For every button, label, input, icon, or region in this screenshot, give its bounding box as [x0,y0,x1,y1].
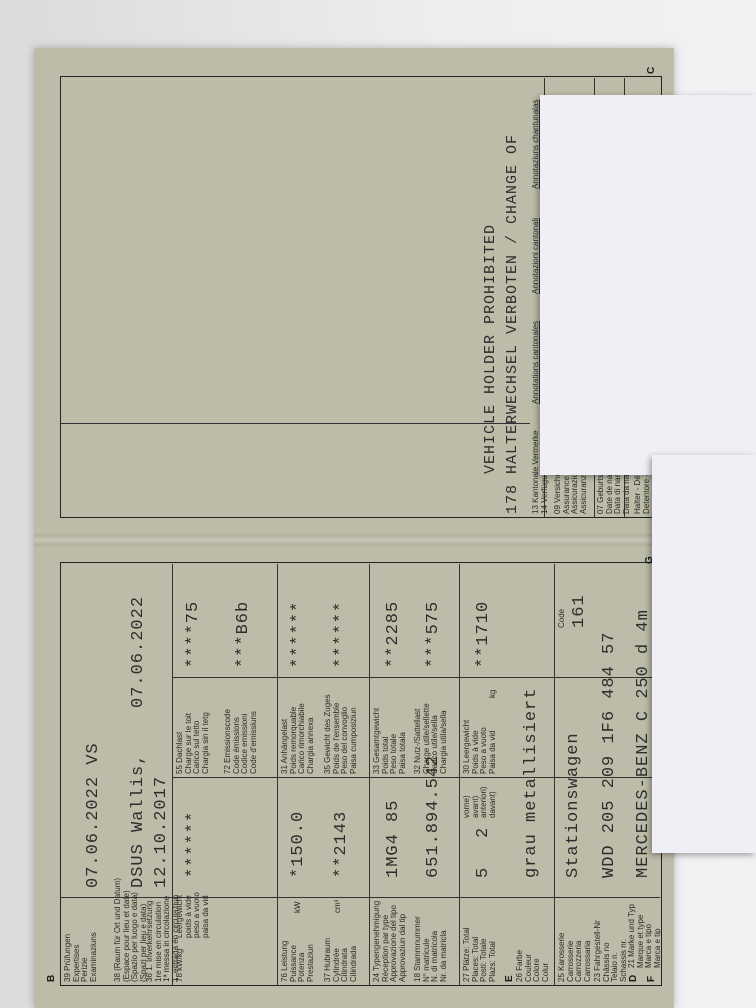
seats-front-label: vorne) avant) anteriori) davant) [463,786,497,818]
section-letter-d: D [628,975,639,982]
first-registration-value: 12.10.2017 [152,776,171,888]
cover-sheet-bottom [652,455,756,853]
type-approval-value: 1MG4 85 [384,800,403,878]
seats-total-value: 5 [474,867,493,878]
emission-code-value: ***B6b [234,601,253,668]
payload-value: ***575 [424,601,443,668]
train-weight-label: 35 Gewicht des Zuges Poids de l'ensemble… [324,694,358,774]
page-vehicle-data: B G F 39 Prüfungen Expertises Perizie Ex… [34,542,674,1008]
section-letter-c: C [646,67,657,74]
power-value: *150.0 [289,811,308,878]
exam-label: 39 Prüfungen Expertises Perizie Examinaz… [64,932,98,982]
annotation-line-1: 178 HALTERWECHSEL VERBOTEN / CHANGE OF [504,134,521,514]
gross-weight-value: **2285 [384,601,403,668]
kwkg-label: 78 kW/kg [176,949,185,982]
power-label: 76 Leistung Puissance Potenza Prestaziun [281,941,315,982]
place-date-label: 38 (Raum für Ort und Datum) (Espace pour… [114,878,148,982]
power-unit: kW [294,901,303,913]
weight-unit: kg [489,690,498,698]
exam-value: 07.06.2022 VS [84,742,103,888]
emission-code-label: 72 Emissionscode Code émissions Codice e… [224,709,258,774]
displacement-unit: cm³ [334,900,343,913]
make-label: 21 Marke und Typ Marque et type Marca e … [628,904,662,968]
kwkg-value: ****** [184,811,203,878]
annotation-line-2: VEHICLE HOLDER PROHIBITED [482,224,499,474]
matriculation-label: 18 Stammnummer N° matricule N. di matric… [414,916,448,982]
type-approval-label: 24 Typengenehmigung Réception par type A… [373,901,407,982]
displacement-label: 37 Hubraum Cylindrée Cilindrata Cilindra… [324,938,358,982]
empty-weight-label: 30 Leergewicht Poids à vide Peso a vuoto… [463,720,497,774]
payload-label: 32 Nutz-/Sattellast Charge utile/sellett… [414,703,448,774]
body-value: Stationswagen [564,732,583,878]
empty-weight-value: **1710 [474,601,493,668]
trailer-load-value: ****** [289,601,308,668]
body-code-label: Code [558,609,567,628]
color-value: grau metallisiert [522,688,541,878]
section-letter-e: E [504,975,515,982]
chassis-value: WDD 205 209 1F6 484 57 [600,632,619,878]
seats-label: 27 Plätze: Total Places: Total Posti: To… [463,927,497,982]
place-date-value: DSUS Wallis, [129,754,148,888]
place-date-date: 07.06.2022 [129,596,148,708]
kwkg-sub-label: Leergewicht poids à vide peso a vuoto pa… [176,892,210,938]
roof-load-value: ****75 [184,601,203,668]
cover-sheet-top [540,95,756,475]
gross-weight-label: 33 Gesamtgewicht Poids total Peso totale… [373,708,407,774]
section-letter-b: B [46,975,57,982]
color-label: 26 Farbe Couleur Colore Colur [516,950,550,982]
chassis-label: 23 Fahrgestell-Nr Châssis no Telaio n. S… [594,920,628,982]
seats-front-value: 2 [474,827,493,838]
displacement-value: **2143 [332,811,351,878]
section-letter-f: F [646,976,657,982]
body-code-value: 161 [570,594,589,628]
trailer-load-label: 31 Anhängelast Poids remorquable Carico … [281,703,315,774]
train-weight-value: ****** [332,601,351,668]
roof-load-label: 55 Dachlast Charge sur le toit Carico su… [176,712,210,774]
make-value: MERCEDES-BENZ C 250 d 4m [634,609,653,878]
body-label: 25 Karosserie Carrosserie Carrozzeria Ca… [558,933,592,982]
